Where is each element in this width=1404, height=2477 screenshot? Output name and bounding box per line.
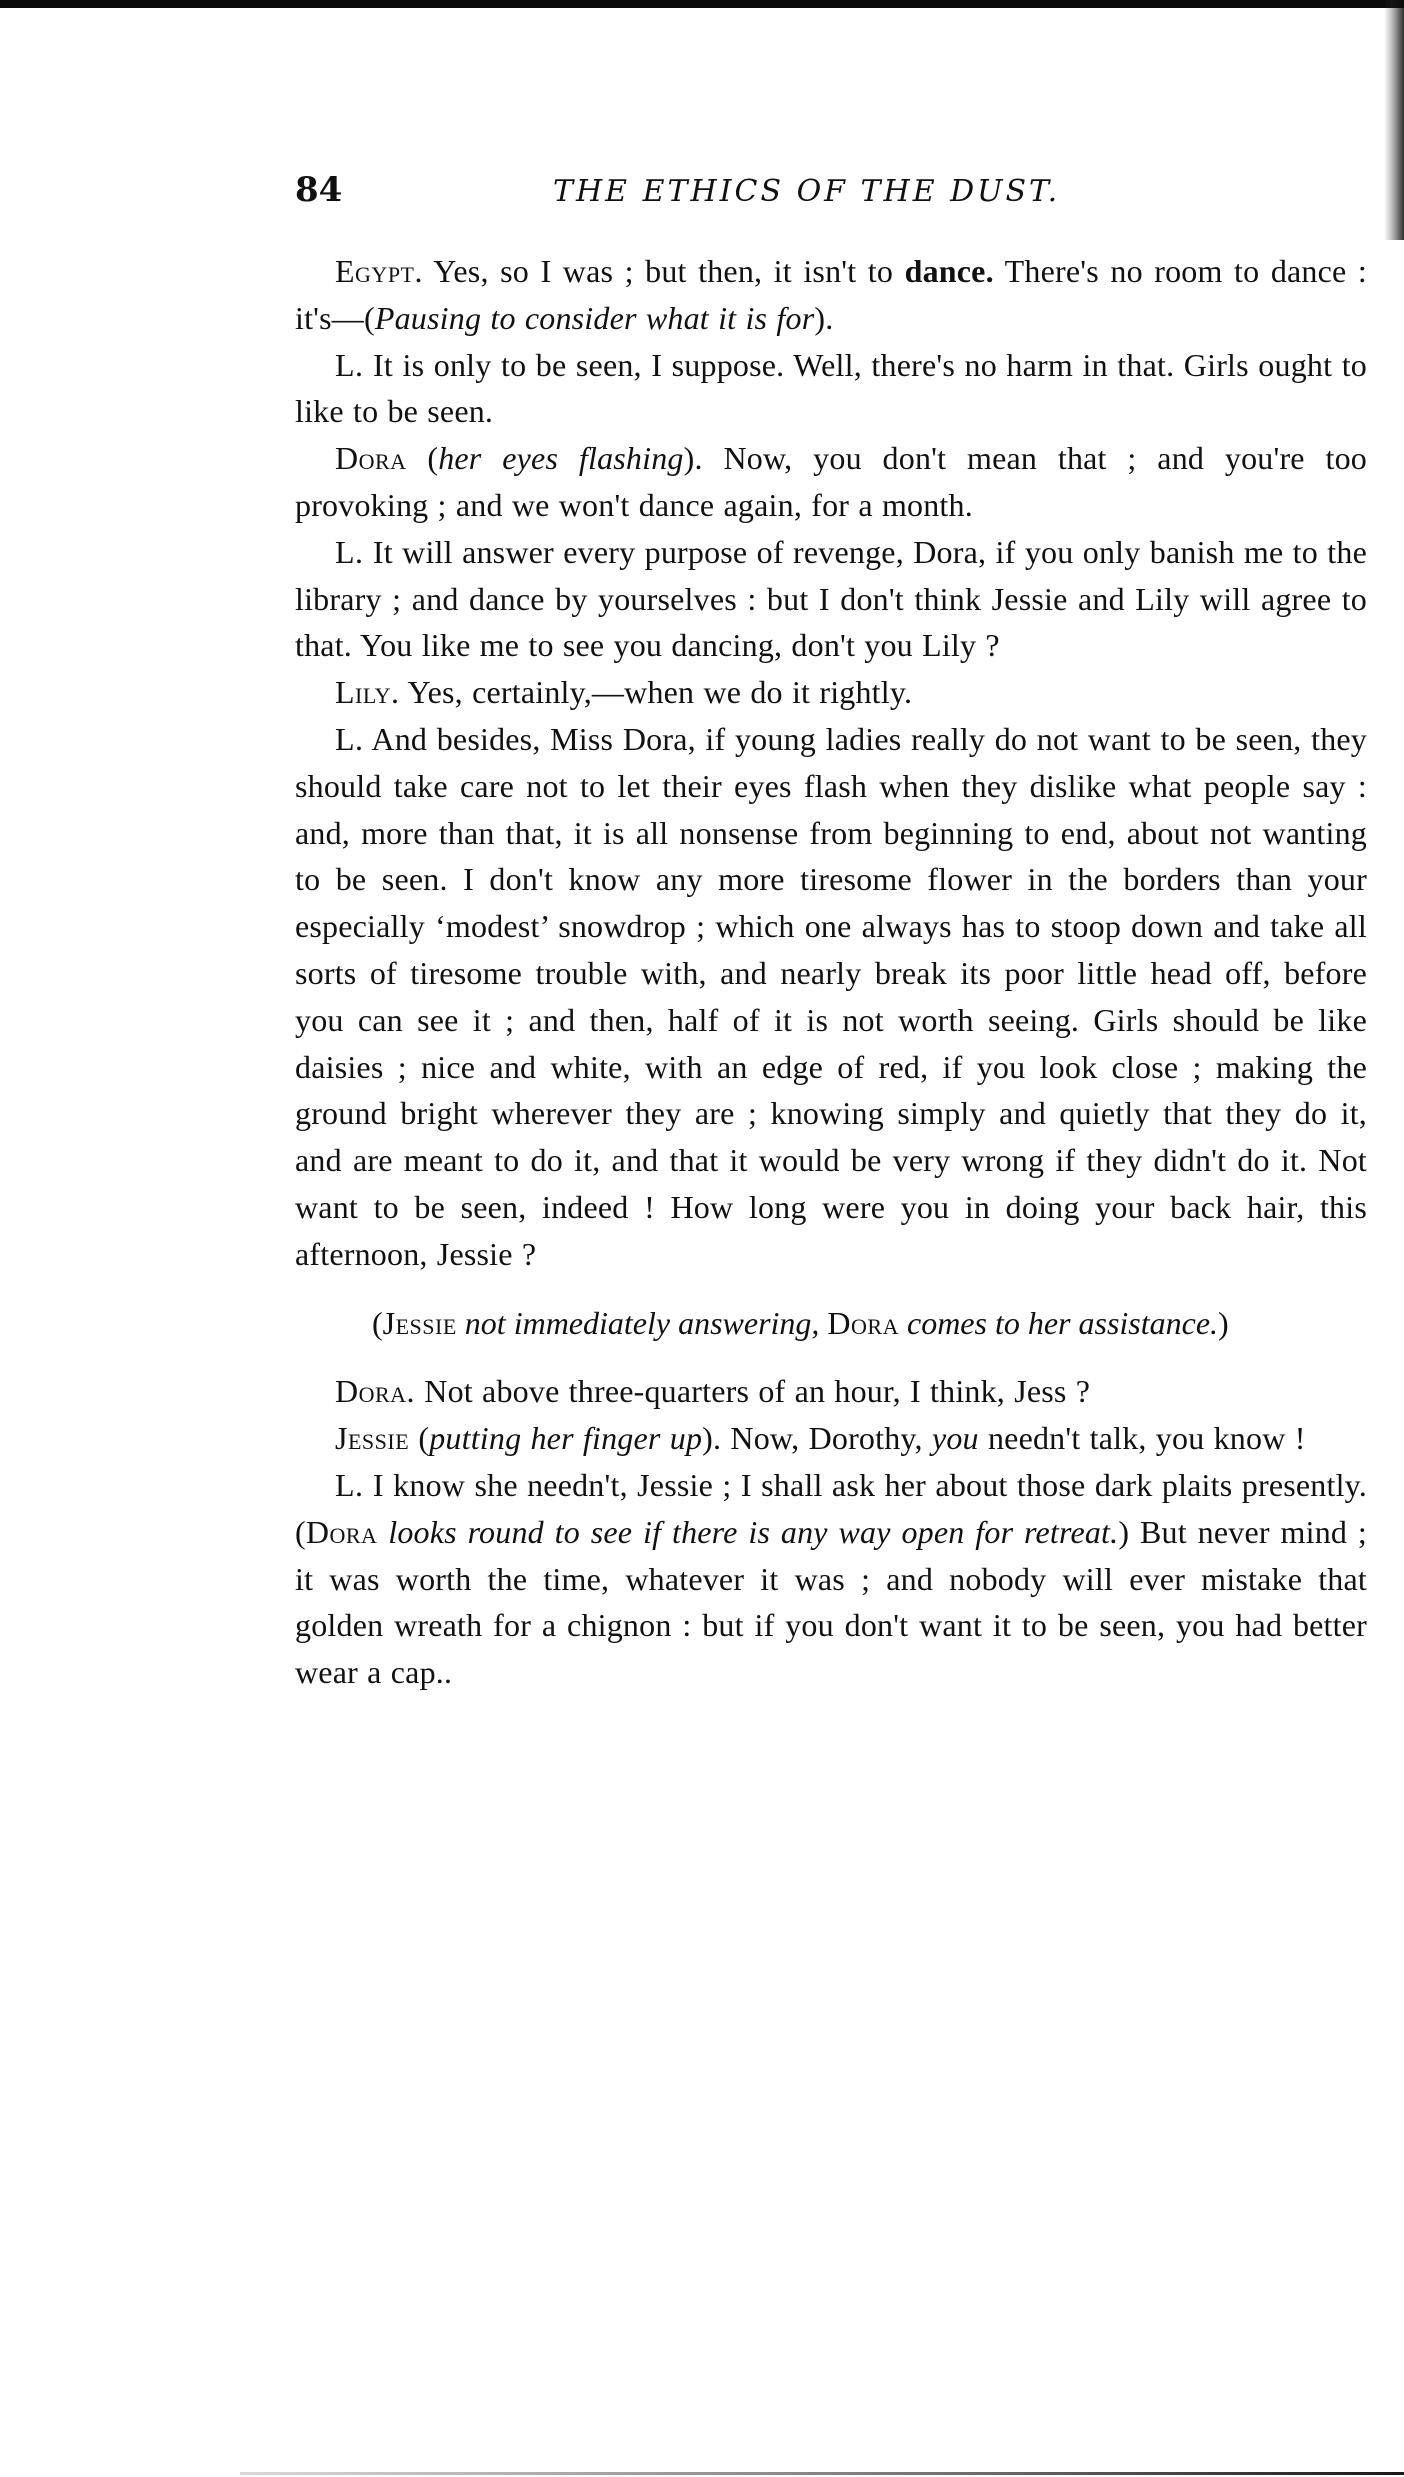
- scan-border-top: [0, 0, 1404, 8]
- body-text: Not above three-quarters of an hour, I t…: [415, 1373, 1090, 1409]
- italic-text: putting her finger up: [429, 1420, 702, 1456]
- character-name: Jessie: [383, 1305, 457, 1341]
- body-text: ): [1218, 1305, 1229, 1341]
- italic-text: not immediately answering,: [457, 1305, 828, 1341]
- dialogue-paragraph: Lily. Yes, certainly,—when we do it righ…: [295, 669, 1367, 716]
- speaker-name: Dora: [335, 440, 407, 476]
- dialogue-paragraph: L. It is only to be seen, I suppose. Wel…: [295, 342, 1367, 436]
- running-head: 84 THE ETHICS OF THE DUST.: [295, 168, 1367, 220]
- speaker-name: Egypt.: [335, 253, 423, 289]
- body-text: Yes, certainly,—when we do it rightly.: [400, 674, 913, 710]
- italic-text: her eyes flashing: [438, 440, 683, 476]
- body-text: (: [407, 440, 439, 476]
- body-text: (: [409, 1420, 429, 1456]
- body-text: It will answer every purpose of revenge,…: [295, 534, 1367, 664]
- dialogue-paragraph: Dora. Not above three-quarters of an hou…: [295, 1368, 1367, 1415]
- page-number: 84: [295, 168, 342, 212]
- dialogue-paragraph: Jessie (putting her finger up). Now, Dor…: [295, 1415, 1367, 1462]
- dialogue-paragraph: Egypt. Yes, so I was ; but then, it isn'…: [295, 248, 1367, 342]
- italic-text: Pausing to consider what it is for: [375, 300, 815, 336]
- character-name: Dora: [306, 1514, 378, 1550]
- speaker-name: Dora.: [335, 1373, 415, 1409]
- body-text: It is only to be seen, I suppose. Well, …: [295, 347, 1367, 430]
- italic-text: you: [932, 1420, 979, 1456]
- scan-border-bottom: [240, 2472, 1404, 2475]
- body-text: needn't talk, you know !: [979, 1420, 1306, 1456]
- body-text: ). Now, Dorothy,: [702, 1420, 932, 1456]
- bold-text: dance.: [905, 253, 994, 289]
- dialogue-paragraph: Dora (her eyes flashing). Now, you don't…: [295, 435, 1367, 529]
- character-name: Dora: [827, 1305, 899, 1341]
- dialogue-paragraph: L. It will answer every purpose of reven…: [295, 529, 1367, 669]
- speaker-name: L.: [335, 721, 364, 757]
- body-text: (: [372, 1305, 383, 1341]
- dialogue-block-1: Egypt. Yes, so I was ; but then, it isn'…: [295, 248, 1367, 1278]
- dialogue-block-2: Dora. Not above three-quarters of an hou…: [295, 1368, 1367, 1696]
- speaker-name: Jessie: [335, 1420, 409, 1456]
- body-text: Yes, so I was ; but then, it isn't to: [423, 253, 905, 289]
- italic-text: comes to her assistance.: [899, 1305, 1218, 1341]
- running-title: THE ETHICS OF THE DUST.: [553, 170, 1060, 214]
- speaker-name: Lily.: [335, 674, 400, 710]
- dialogue-paragraph: L. I know she needn't, Jessie ; I shall …: [295, 1462, 1367, 1696]
- book-page: 84 THE ETHICS OF THE DUST. Egypt. Yes, s…: [295, 168, 1367, 1696]
- speaker-name: L.: [335, 534, 364, 570]
- stage-direction: (Jessie not immediately answering, Dora …: [372, 1300, 1367, 1347]
- italic-text: looks round to see if there is any way o…: [377, 1514, 1118, 1550]
- speaker-name: L.: [335, 347, 364, 383]
- speaker-name: L.: [335, 1467, 364, 1503]
- scan-border-right: [1384, 0, 1404, 240]
- dialogue-paragraph: L. And besides, Miss Dora, if young ladi…: [295, 716, 1367, 1278]
- body-text: And besides, Miss Dora, if young ladies …: [295, 721, 1367, 1272]
- body-text: ).: [814, 300, 833, 336]
